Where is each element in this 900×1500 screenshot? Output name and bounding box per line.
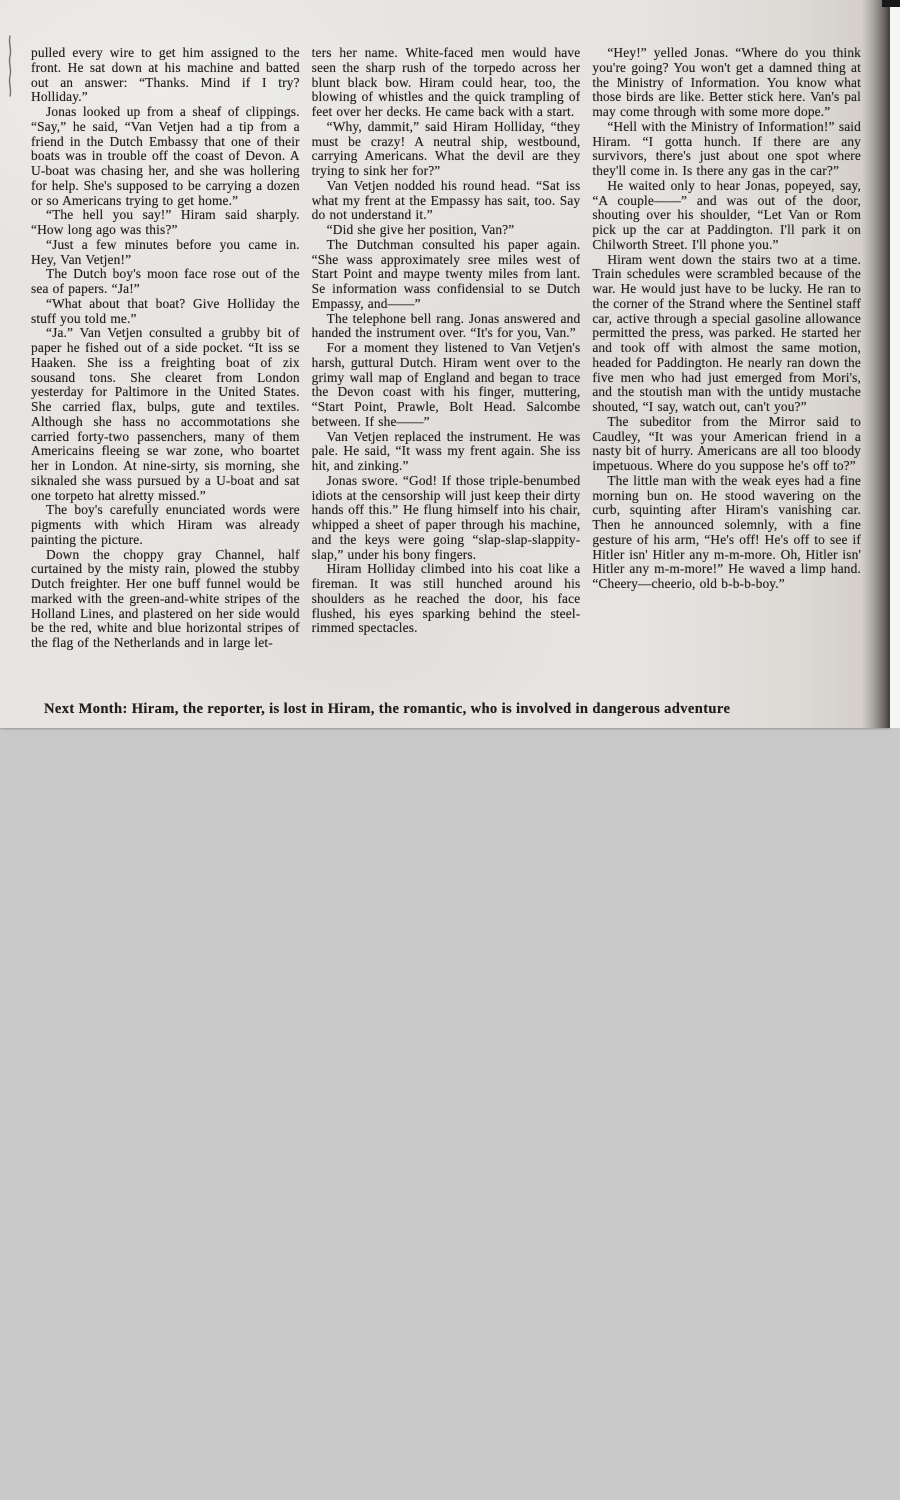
paragraph: Van Vetjen nodded his round head. “Sat i…	[312, 179, 581, 223]
paragraph: ters her name. White-faced men would hav…	[312, 46, 581, 120]
paragraph: “Hell with the Ministry of Information!”…	[592, 120, 861, 179]
paragraph: Hiram went down the stairs two at a time…	[592, 253, 861, 415]
paragraph: The telephone bell rang. Jonas answered …	[312, 312, 581, 342]
paragraph: “Just a few minutes before you came in. …	[31, 238, 300, 268]
paragraph: He waited only to hear Jonas, popeyed, s…	[592, 179, 861, 253]
paragraph: “Ja.” Van Vetjen consulted a grubby bit …	[31, 326, 300, 503]
corner-ink-mark	[882, 0, 900, 7]
paragraph: “The hell you say!” Hiram said sharply. …	[31, 208, 300, 238]
paragraph: “Hey!” yelled Jonas. “Where do you think…	[592, 46, 861, 120]
paragraph: The little man with the weak eyes had a …	[592, 474, 861, 592]
paragraph: “Why, dammit,” said Hiram Holliday, “the…	[312, 120, 581, 179]
paragraph: Hiram Holliday climbed into his coat lik…	[312, 562, 581, 636]
paragraph: “What about that boat? Give Holliday the…	[31, 297, 300, 327]
page-edge-shadow	[862, 0, 890, 728]
text-column-middle: ters her name. White-faced men would hav…	[312, 46, 581, 696]
paragraph: Down the choppy gray Channel, half curta…	[31, 548, 300, 651]
paragraph: Jonas looked up from a sheaf of clipping…	[31, 105, 300, 208]
paragraph: The subeditor from the Mirror said to Ca…	[592, 415, 861, 474]
paragraph: The Dutch boy's moon face rose out of th…	[31, 267, 300, 297]
paragraph: Van Vetjen replaced the instrument. He w…	[312, 430, 581, 474]
paragraph: pulled every wire to get him assigned to…	[31, 46, 300, 105]
paragraph: The Dutchman consulted his paper again. …	[312, 238, 581, 312]
article-text-columns: pulled every wire to get him assigned to…	[31, 46, 861, 696]
margin-squiggle-mark	[6, 34, 14, 102]
paragraph: For a moment they listened to Van Vetjen…	[312, 341, 581, 430]
page-edge-margin	[890, 0, 900, 728]
text-column-left: pulled every wire to get him assigned to…	[31, 46, 300, 696]
next-month-teaser: Next Month: Hiram, the reporter, is lost…	[44, 701, 860, 718]
paragraph: Jonas swore. “God! If those triple-benum…	[312, 474, 581, 563]
paragraph: “Did she give her position, Van?”	[312, 223, 581, 238]
text-column-right: “Hey!” yelled Jonas. “Where do you think…	[592, 46, 861, 696]
scanned-magazine-page: pulled every wire to get him assigned to…	[0, 0, 900, 1500]
paragraph: The boy's carefully enunciated words wer…	[31, 503, 300, 547]
